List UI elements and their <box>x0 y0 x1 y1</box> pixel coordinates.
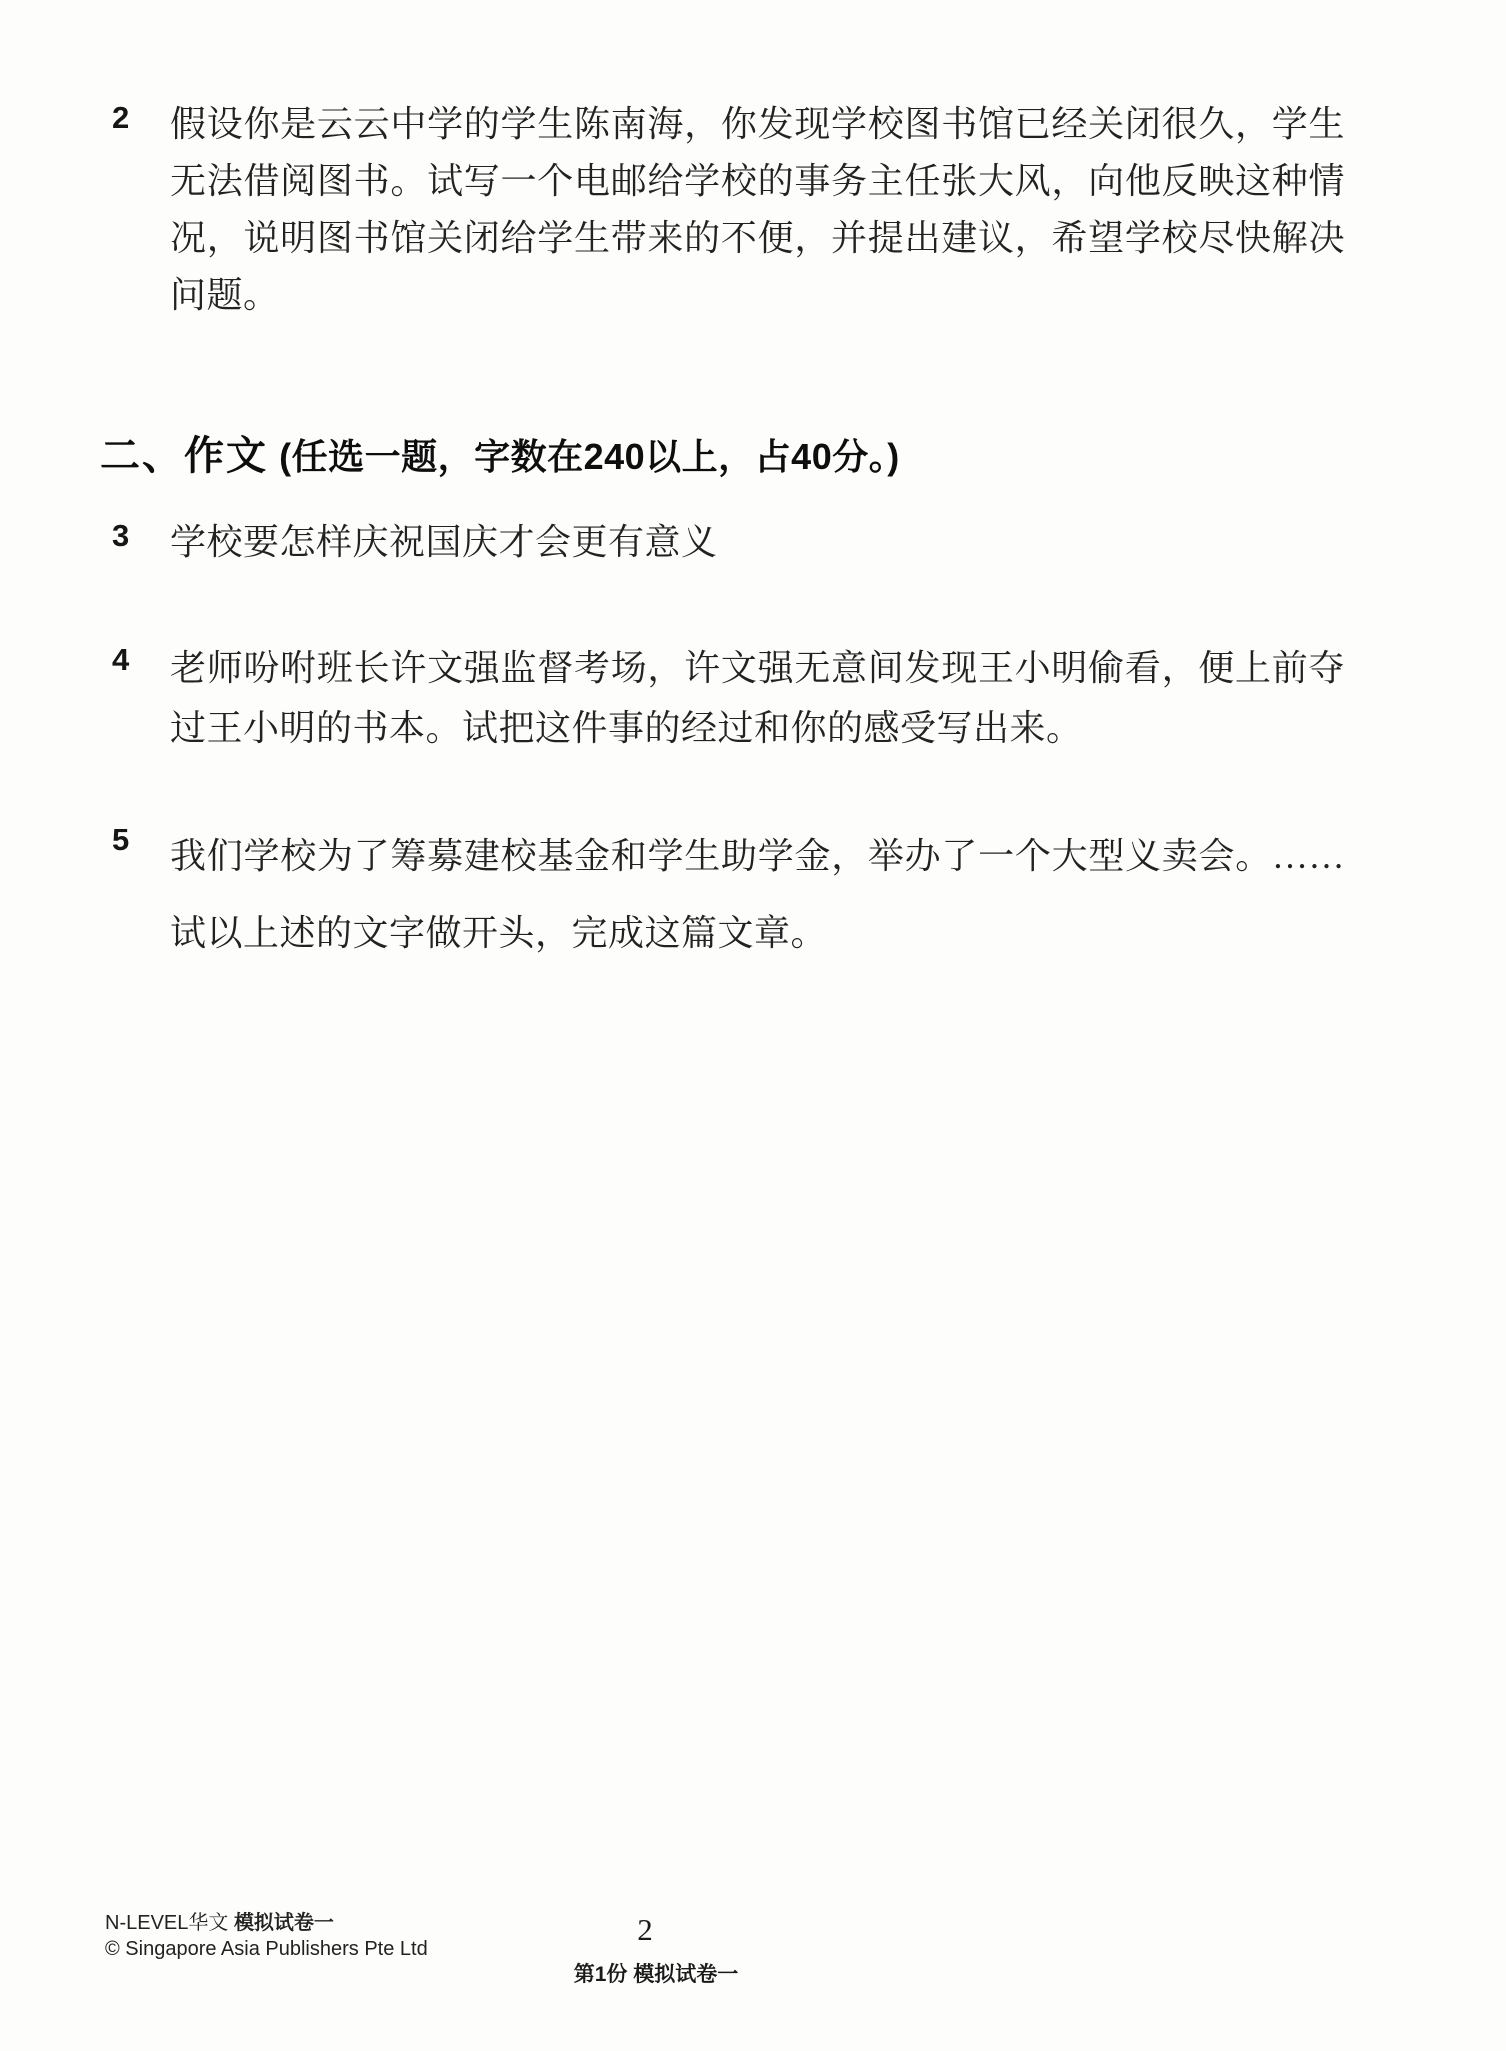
section-note: (任选一题，字数在240以上，占40分。) <box>279 436 900 477</box>
footer-copyright: © Singapore Asia Publishers Pte Ltd <box>105 1936 428 1962</box>
question-2: 2 假设你是云云中学的学生陈南海，你发现学校图书馆已经关闭很久，学生 无法借阅图… <box>112 96 1345 324</box>
footer-page-number: 2 <box>595 1912 695 1948</box>
question-4: 4 老师吩咐班长许文强监督考场，许文强无意间发现王小明偷看，便上前夺 过王小明的… <box>112 638 1345 758</box>
question-text-line: 学校要怎样庆祝国庆才会更有意义 <box>170 514 1345 571</box>
section-heading: 二、作文 (任选一题，字数在240以上，占40分。) <box>100 424 1400 481</box>
question-3: 3 学校要怎样庆祝国庆才会更有意义 <box>112 514 1345 571</box>
question-text: 老师吩咐班长许文强监督考场，许文强无意间发现王小明偷看，便上前夺 过王小明的书本… <box>170 638 1345 758</box>
question-number: 3 <box>112 518 129 554</box>
question-text-line: 假设你是云云中学的学生陈南海，你发现学校图书馆已经关闭很久，学生 <box>170 96 1345 153</box>
question-number: 2 <box>112 100 129 136</box>
question-text-line: 过王小明的书本。试把这件事的经过和你的感受写出来。 <box>170 698 1345 758</box>
footer-series-title: N-LEVEL华文 模拟试卷一 <box>105 1910 428 1936</box>
question-text-line: 问题。 <box>170 267 1345 324</box>
footer-series-title-bold: 模拟试卷一 <box>234 1912 334 1934</box>
footer-section-label: 第1份 模拟试卷一 <box>506 1958 806 1988</box>
question-text-line: 试以上述的文字做开头，完成这篇文章。 <box>170 895 1345 972</box>
question-text: 假设你是云云中学的学生陈南海，你发现学校图书馆已经关闭很久，学生 无法借阅图书。… <box>170 96 1345 324</box>
question-text-line: 我们学校为了筹募建校基金和学生助学金，举办了一个大型义卖会。…… <box>170 818 1345 895</box>
section-title: 二、作文 <box>100 434 268 478</box>
question-text-line: 老师吩咐班长许文强监督考场，许文强无意间发现王小明偷看，便上前夺 <box>170 638 1345 698</box>
question-5: 5 我们学校为了筹募建校基金和学生助学金，举办了一个大型义卖会。…… 试以上述的… <box>112 818 1345 972</box>
question-text: 学校要怎样庆祝国庆才会更有意义 <box>170 514 1345 571</box>
question-text-line: 无法借阅图书。试写一个电邮给学校的事务主任张大风，向他反映这种情 <box>170 153 1345 210</box>
footer-publisher-block: N-LEVEL华文 模拟试卷一 © Singapore Asia Publish… <box>105 1910 428 1962</box>
document-page: 2 假设你是云云中学的学生陈南海，你发现学校图书馆已经关闭很久，学生 无法借阅图… <box>0 0 1506 2051</box>
question-number: 5 <box>112 822 129 858</box>
question-number: 4 <box>112 642 129 678</box>
question-text-line: 况，说明图书馆关闭给学生带来的不便，并提出建议，希望学校尽快解决 <box>170 210 1345 267</box>
question-text: 我们学校为了筹募建校基金和学生助学金，举办了一个大型义卖会。…… 试以上述的文字… <box>170 818 1345 972</box>
